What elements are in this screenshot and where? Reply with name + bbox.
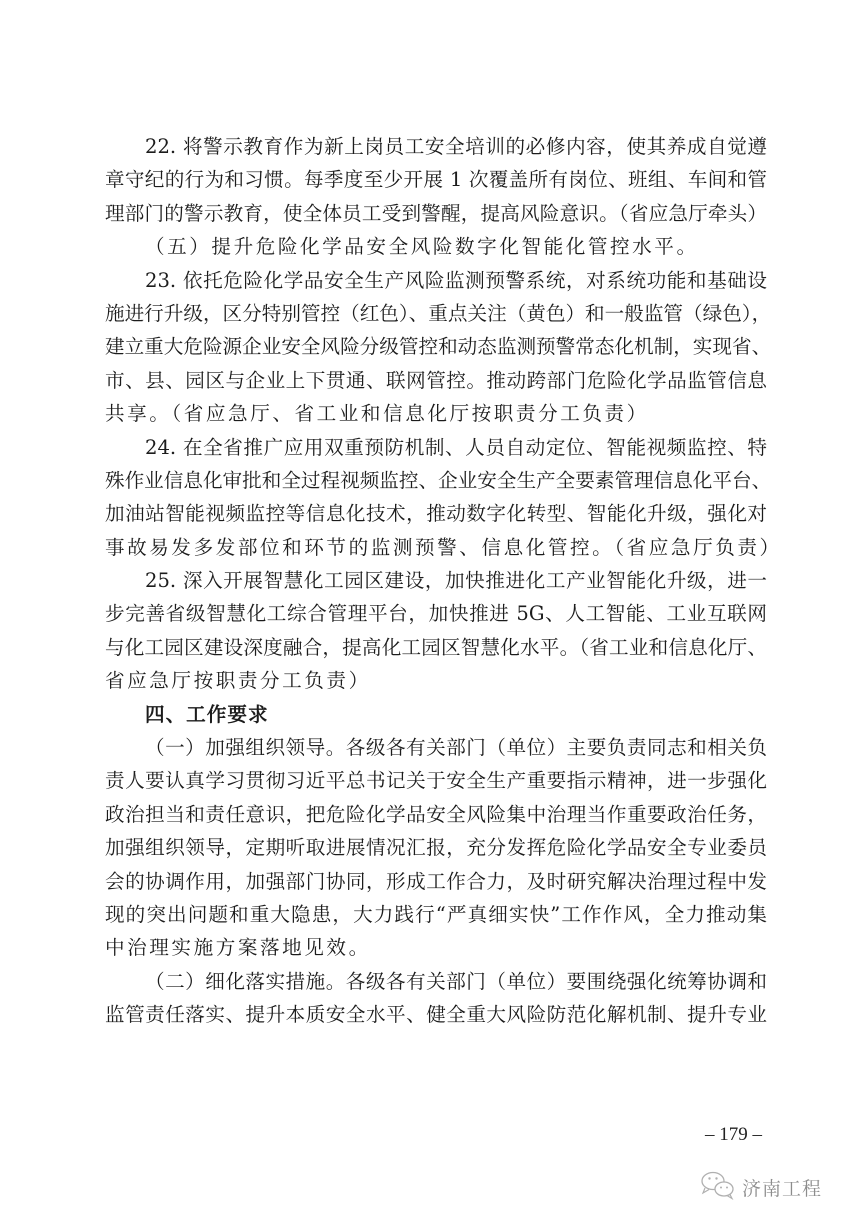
section-title: 四、工作要求 [105,698,767,731]
text-line: （一）加强组织领导。各级各有关部门（单位）主要负责同志和相关负 [105,731,767,764]
text-line: 24. 在全省推广应用双重预防机制、人员自动定位、智能视频监控、特 [105,431,767,464]
paragraph-22: 22. 将警示教育作为新上岗员工安全培训的必修内容，使其养成自觉遵 章守纪的行为… [105,130,767,230]
section-heading: 四、工作要求 [105,698,767,731]
text-line: 23. 依托危险化学品安全生产风险监测预警系统，对系统功能和基础设 [105,264,767,297]
text-line: 施进行升级，区分特别管控（红色）、重点关注（黄色）和一般监管（绿色）， [105,297,767,330]
paragraph-24: 24. 在全省推广应用双重预防机制、人员自动定位、智能视频监控、特 殊作业信息化… [105,431,767,565]
subheading-5: （五）提升危险化学品安全风险数字化智能化管控水平。 [105,230,767,263]
text-line: 与化工园区建设深度融合，提高化工园区智慧化水平。（省工业和信息化厅、 [105,631,767,664]
text-line: 中治理实施方案落地见效。 [105,931,767,964]
paragraph-requirement-1: （一）加强组织领导。各级各有关部门（单位）主要负责同志和相关负 责人要认真学习贯… [105,731,767,965]
text-line: 章守纪的行为和习惯。每季度至少开展 1 次覆盖所有岗位、班组、车间和管 [105,163,767,196]
text-line: 责人要认真学习贯彻习近平总书记关于安全生产重要指示精神，进一步强化 [105,764,767,797]
text-line: 理部门的警示教育，使全体员工受到警醒，提高风险意识。（省应急厅牵头） [105,197,767,230]
text-line: 步完善省级智慧化工综合管理平台，加快推进 5G、人工智能、工业互联网 [105,597,767,630]
text-line: 省应急厅按职责分工负责） [105,664,767,697]
wechat-icon [700,1170,736,1204]
text-line: 现的突出问题和重大隐患，大力践行“严真细实快”工作作风，全力推动集 [105,898,767,931]
text-line: 22. 将警示教育作为新上岗员工安全培训的必修内容，使其养成自觉遵 [105,130,767,163]
text-line: （二）细化落实措施。各级各有关部门（单位）要围绕强化统筹协调和 [105,965,767,998]
text-line: 殊作业信息化审批和全过程视频监控、企业安全生产全要素管理信息化平台、 [105,464,767,497]
paragraph-requirement-2: （二）细化落实措施。各级各有关部门（单位）要围绕强化统筹协调和 监管责任落实、提… [105,965,767,1032]
text-line: 市、县、园区与企业上下贯通、联网管控。推动跨部门危险化学品监管信息 [105,364,767,397]
text-line: 共享。（省应急厅、省工业和信息化厅按职责分工负责） [105,397,767,430]
text-line: 会的协调作用，加强部门协同，形成工作合力，及时研究解决治理过程中发 [105,865,767,898]
text-line: 加强组织领导，定期听取进展情况汇报，充分发挥危险化学品安全专业委员 [105,831,767,864]
text-line: 政治担当和责任意识，把危险化学品安全风险集中治理当作重要政治任务， [105,798,767,831]
text-line: 25. 深入开展智慧化工园区建设，加快推进化工产业智能化升级，进一 [105,564,767,597]
paragraph-23: 23. 依托危险化学品安全生产风险监测预警系统，对系统功能和基础设 施进行升级，… [105,264,767,431]
text-line: （五）提升危险化学品安全风险数字化智能化管控水平。 [105,230,767,263]
watermark: 济南工程 [700,1172,822,1202]
text-line: 事故易发多发部位和环节的监测预警、信息化管控。（省应急厅负责） [105,531,767,564]
document-body: 22. 将警示教育作为新上岗员工安全培训的必修内容，使其养成自觉遵 章守纪的行为… [105,130,767,1032]
watermark-text: 济南工程 [742,1174,822,1201]
text-line: 监管责任落实、提升本质安全水平、健全重大风险防范化解机制、提升专业 [105,998,767,1031]
text-line: 加油站智能视频监控等信息化技术，推动数字化转型、智能化升级，强化对 [105,497,767,530]
text-line: 建立重大危险源企业安全风险分级管控和动态监测预警常态化机制，实现省、 [105,330,767,363]
page-number: – 179 – [705,1124,762,1146]
paragraph-25: 25. 深入开展智慧化工园区建设，加快推进化工产业智能化升级，进一 步完善省级智… [105,564,767,698]
